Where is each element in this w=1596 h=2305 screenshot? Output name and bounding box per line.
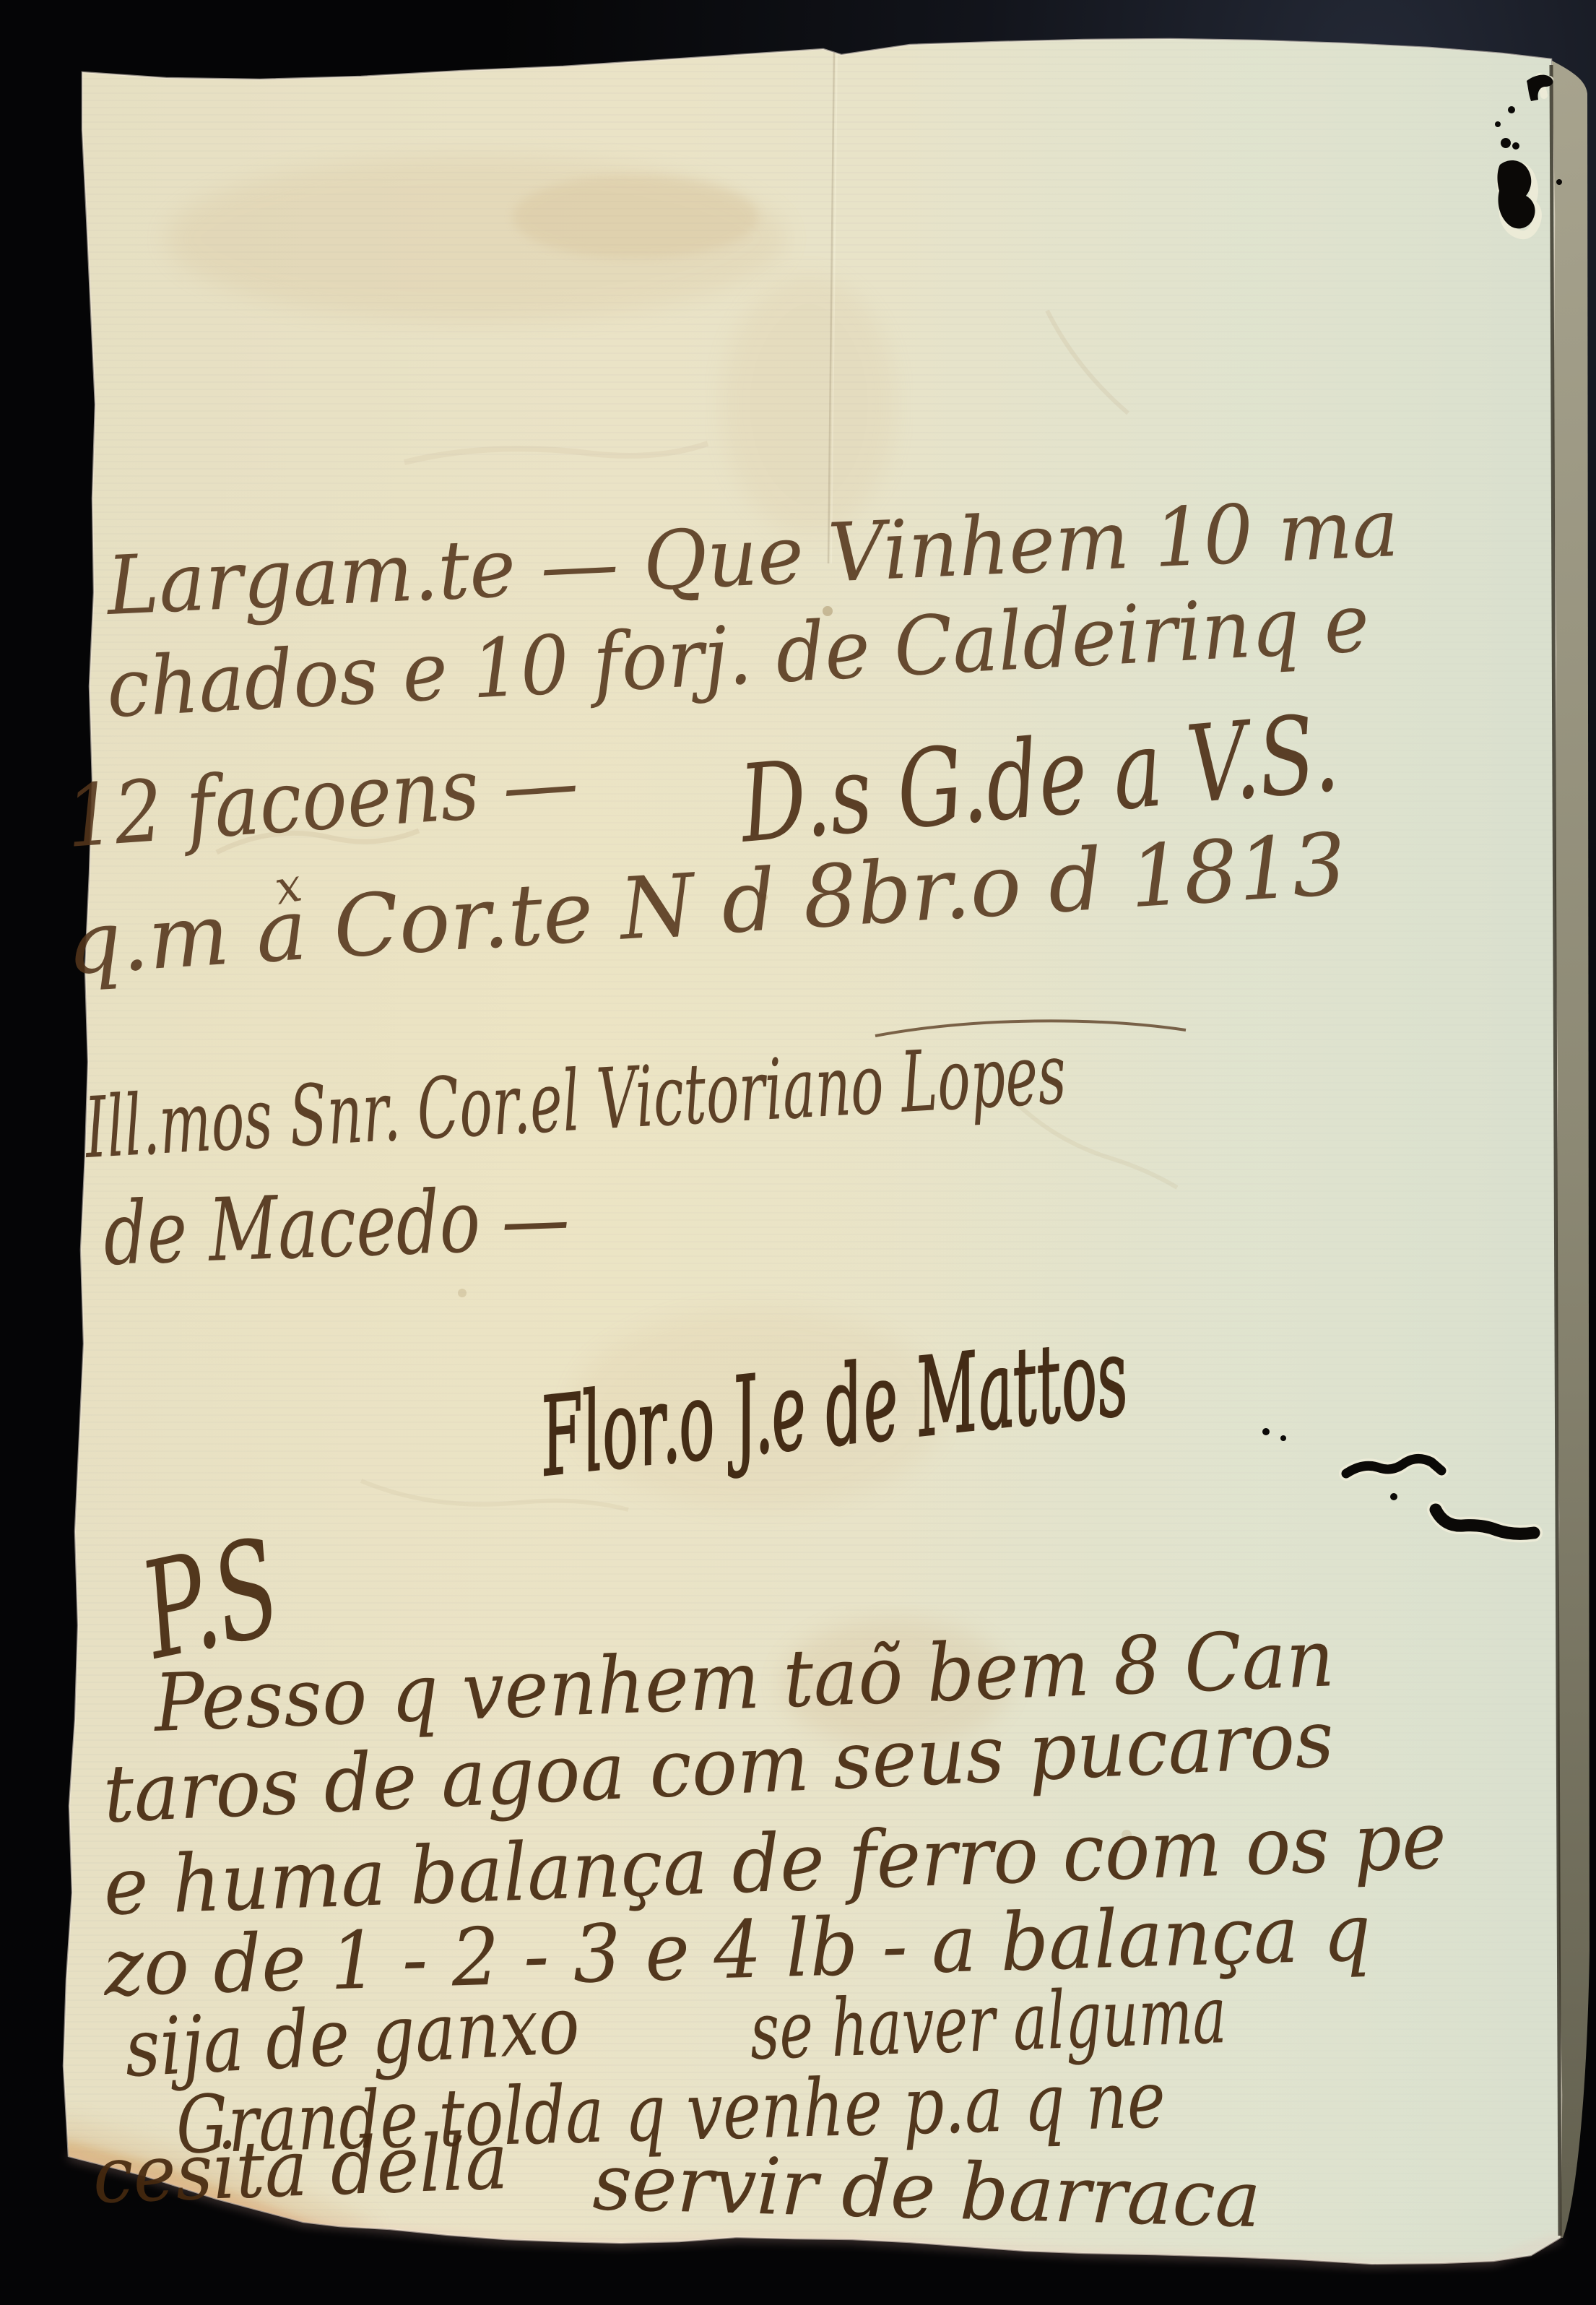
ps-line-7a: cesita della (92, 2116, 510, 2221)
stain-top-small (513, 175, 758, 259)
ink-dot-mid-2 (1280, 1435, 1286, 1441)
ink-dot-edge (1556, 179, 1562, 185)
ink-dot-4 (1512, 142, 1519, 150)
ink-dot-2 (1495, 121, 1501, 127)
ink-dot-3 (1501, 138, 1511, 148)
ink-dot-mid-3 (1390, 1493, 1397, 1500)
stain-mid-right (722, 274, 895, 535)
ink-dot-1 (1508, 106, 1515, 113)
ink-dot-mid-1 (1262, 1428, 1270, 1435)
foxing-dot-3 (458, 1289, 467, 1297)
ps-line-7b: servir de barraca (591, 2137, 1262, 2245)
manuscript-photo: Largam.te — Que Vinhem 10 ma chados e 10… (0, 0, 1596, 2305)
addressee-line-2: de Macedo — (102, 1169, 571, 1285)
